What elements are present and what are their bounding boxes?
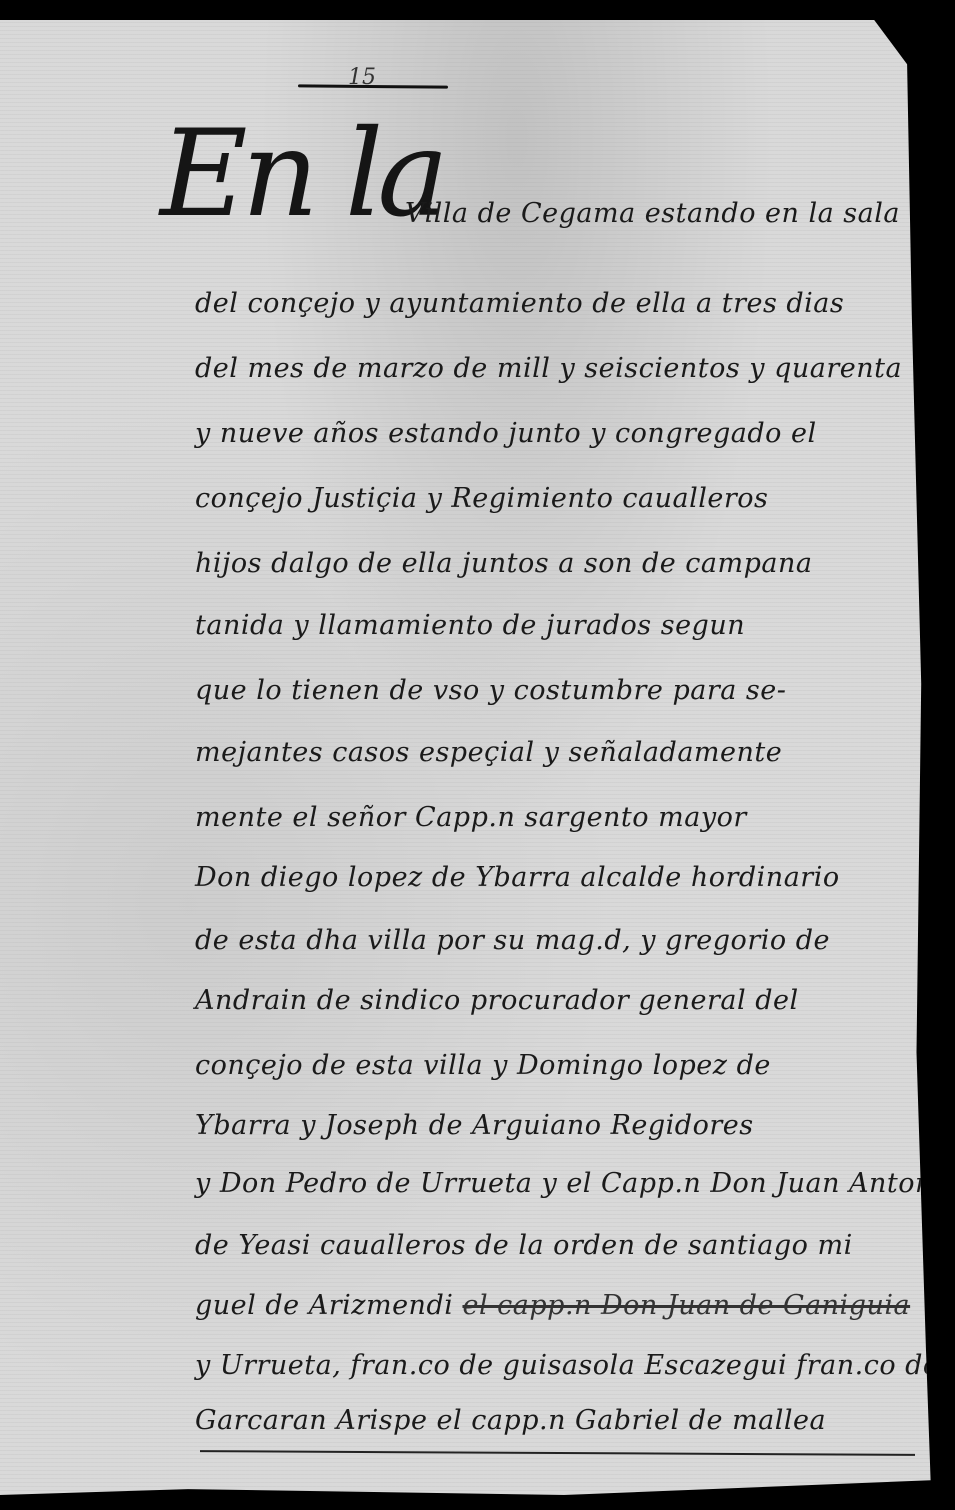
text-line: hijos dalgo de ella juntos a son de camp… <box>195 548 915 579</box>
text-line: tanida y llamamiento de jurados segun <box>195 610 915 641</box>
text-line: guel de Arizmendi el capp.n Don Juan de … <box>195 1290 915 1321</box>
text-line: del mes de marzo de mill y seiscientos y… <box>195 353 915 384</box>
text-line: conçejo de esta villa y Domingo lopez de <box>195 1050 915 1081</box>
text-line: del conçejo y ayuntamiento de ella a tre… <box>195 288 915 319</box>
text-line: y Urrueta, fran.co de guisasola Escazegu… <box>195 1350 915 1381</box>
text-line: Villa de Cegama estando en la sala <box>405 198 915 229</box>
text-line: que lo tienen de vso y costumbre para se… <box>195 675 915 706</box>
text-line: y Don Pedro de Urrueta y el Capp.n Don J… <box>195 1168 915 1199</box>
text-line: y nueve años estando junto y congregado … <box>195 418 915 449</box>
struck-through-text: el capp.n Don Juan de Ganiguia <box>462 1290 910 1321</box>
text-line: Don diego lopez de Ybarra alcalde hordin… <box>195 862 915 893</box>
text-line: conçejo Justiçia y Regimiento caualleros <box>195 483 915 514</box>
text-line: mente el señor Capp.n sargento mayor <box>195 802 915 833</box>
manuscript-page: 15 En la Villa de Cegama estando en la s… <box>0 20 940 1495</box>
text-line: de Yeasi caualleros de la orden de santi… <box>195 1230 915 1261</box>
text-fragment: guel de Arizmendi <box>195 1290 453 1321</box>
text-line: mejantes casos espeçial y señaladamente <box>195 737 915 768</box>
text-line: de esta dha villa por su mag.d, y gregor… <box>195 925 915 956</box>
text-line: Garcaran Arispe el capp.n Gabriel de mal… <box>195 1405 915 1436</box>
closing-rule-line <box>200 1450 915 1456</box>
text-line: Andrain de sindico procurador general de… <box>195 985 915 1016</box>
header-flourish <box>298 84 448 88</box>
text-line: Ybarra y Joseph de Arguiano Regidores <box>195 1110 915 1141</box>
decorative-initials: En la <box>160 115 443 235</box>
